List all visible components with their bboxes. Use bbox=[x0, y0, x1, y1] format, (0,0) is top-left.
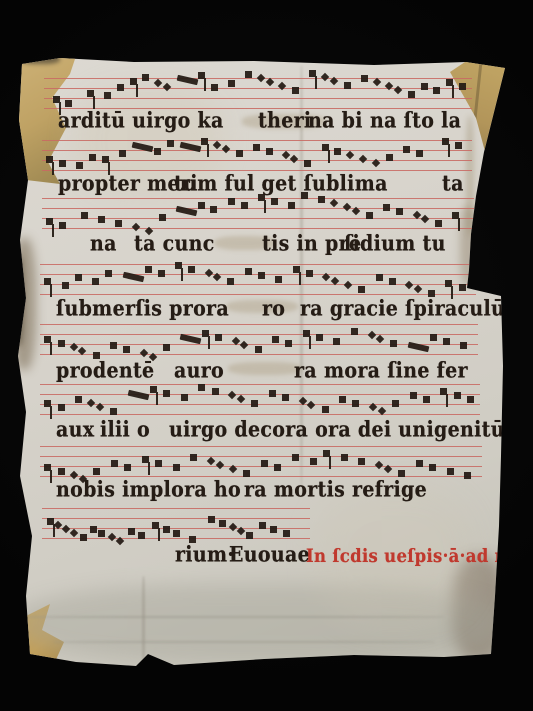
chant-text-segment: mora ſine fer bbox=[324, 360, 468, 382]
neume bbox=[366, 212, 373, 219]
neume bbox=[430, 334, 437, 341]
neume bbox=[163, 526, 170, 533]
neume bbox=[258, 272, 265, 279]
neume bbox=[90, 526, 97, 533]
neume bbox=[258, 194, 265, 201]
chant-text-segment: ra mortis refrige bbox=[244, 479, 427, 501]
neume bbox=[198, 72, 205, 79]
neume bbox=[261, 460, 268, 467]
neume bbox=[228, 80, 235, 87]
neume bbox=[155, 460, 162, 467]
neume bbox=[274, 464, 281, 471]
neume bbox=[334, 148, 341, 155]
neume bbox=[322, 406, 329, 413]
neume bbox=[110, 342, 117, 349]
stain bbox=[452, 556, 506, 661]
neume bbox=[111, 460, 118, 467]
stain bbox=[14, 548, 26, 574]
stain bbox=[18, 584, 502, 662]
neume bbox=[403, 146, 410, 153]
neume bbox=[351, 328, 358, 335]
neume bbox=[310, 458, 317, 465]
chant-text-segment: prodentē bbox=[56, 360, 154, 382]
neume bbox=[190, 454, 197, 461]
neume bbox=[389, 278, 396, 285]
neume bbox=[159, 214, 166, 221]
neume bbox=[309, 70, 316, 77]
neume bbox=[198, 384, 205, 391]
neume bbox=[443, 338, 450, 345]
neume bbox=[152, 522, 159, 529]
neume bbox=[358, 458, 365, 465]
neume bbox=[75, 274, 82, 281]
neume bbox=[87, 90, 94, 97]
neume bbox=[246, 532, 253, 539]
neume bbox=[104, 92, 111, 99]
neume bbox=[464, 472, 471, 479]
neume bbox=[322, 144, 329, 151]
chant-text-segment: tum ful get ſublima bbox=[174, 173, 388, 195]
neume bbox=[198, 202, 205, 209]
neume bbox=[452, 212, 459, 219]
neume bbox=[301, 192, 308, 199]
neume bbox=[445, 280, 452, 287]
neume bbox=[163, 390, 170, 397]
chant-text-segment: ta cunc bbox=[134, 233, 215, 255]
neume bbox=[270, 526, 277, 533]
neume bbox=[142, 456, 149, 463]
neume bbox=[188, 266, 195, 273]
repair-patch-bottom-left bbox=[14, 598, 78, 670]
neume bbox=[227, 278, 234, 285]
neume bbox=[459, 284, 466, 291]
neume bbox=[210, 206, 217, 213]
neume bbox=[318, 196, 325, 203]
neume bbox=[386, 154, 393, 161]
neume bbox=[275, 276, 282, 283]
neume bbox=[98, 530, 105, 537]
manuscript-leaf: arditū uirgo katherina bina ſto lapropte… bbox=[14, 56, 508, 670]
stain bbox=[228, 362, 302, 375]
chant-text-segment: nobis implora ho bbox=[56, 479, 241, 501]
neume bbox=[288, 202, 295, 209]
neume bbox=[392, 400, 399, 407]
neume bbox=[459, 83, 466, 90]
neume bbox=[416, 460, 423, 467]
neume bbox=[167, 140, 174, 147]
neume bbox=[62, 282, 69, 289]
neume bbox=[228, 198, 235, 205]
neume bbox=[123, 346, 130, 353]
neume bbox=[110, 408, 117, 415]
neume bbox=[266, 148, 273, 155]
neume bbox=[282, 394, 289, 401]
neume bbox=[145, 266, 152, 273]
neume bbox=[119, 150, 126, 157]
neume bbox=[44, 400, 51, 407]
neume bbox=[423, 396, 430, 403]
chant-text-segment: arditū uirgo ka bbox=[58, 110, 224, 132]
neume bbox=[128, 528, 135, 535]
neume bbox=[158, 270, 165, 277]
neume bbox=[44, 464, 51, 471]
neume bbox=[142, 74, 149, 81]
neume bbox=[460, 342, 467, 349]
neume bbox=[316, 334, 323, 341]
music-stave-4 bbox=[40, 264, 476, 297]
neume bbox=[271, 198, 278, 205]
photograph-background: arditū uirgo katherina bina ſto lapropte… bbox=[0, 0, 533, 711]
neume bbox=[376, 274, 383, 281]
neume bbox=[201, 138, 208, 145]
neume bbox=[154, 148, 161, 155]
neume bbox=[81, 212, 88, 219]
neume bbox=[435, 220, 442, 227]
neume bbox=[65, 100, 72, 107]
neume bbox=[383, 204, 390, 211]
neume bbox=[115, 220, 122, 227]
neume bbox=[98, 216, 105, 223]
neume bbox=[93, 468, 100, 475]
neume bbox=[53, 96, 60, 103]
neume bbox=[173, 464, 180, 471]
chant-text-segment: Euouae bbox=[229, 544, 310, 566]
neume bbox=[306, 270, 313, 277]
neume bbox=[236, 150, 243, 157]
neume bbox=[410, 392, 417, 399]
neume bbox=[446, 79, 453, 86]
chant-text-segment: ra bbox=[294, 360, 317, 382]
neume bbox=[117, 84, 124, 91]
neume bbox=[80, 534, 87, 541]
stain bbox=[142, 576, 145, 664]
chant-text-segment: ro bbox=[262, 298, 285, 320]
neume bbox=[272, 336, 279, 343]
neume bbox=[323, 450, 330, 457]
music-stave-6 bbox=[40, 384, 480, 417]
neume bbox=[293, 266, 300, 273]
neume bbox=[124, 464, 131, 471]
neume bbox=[46, 156, 53, 163]
chant-text-segment: ſidium tu bbox=[344, 233, 446, 255]
chant-text-segment: ilii o bbox=[100, 419, 150, 441]
neume bbox=[253, 144, 260, 151]
neume bbox=[208, 516, 215, 523]
chant-text-segment: na ſto la bbox=[370, 110, 461, 132]
neume bbox=[440, 388, 447, 395]
neume bbox=[352, 400, 359, 407]
neume bbox=[173, 530, 180, 537]
neume bbox=[245, 268, 252, 275]
neume bbox=[455, 142, 462, 149]
neume bbox=[59, 222, 66, 229]
chant-text-segment: theri bbox=[258, 110, 311, 132]
neume bbox=[138, 532, 145, 539]
neume bbox=[241, 202, 248, 209]
neume bbox=[467, 396, 474, 403]
chant-text-segment: rium· bbox=[175, 544, 234, 566]
neume bbox=[303, 330, 310, 337]
neume bbox=[269, 390, 276, 397]
neume bbox=[442, 138, 449, 145]
neume bbox=[283, 530, 290, 537]
neume bbox=[130, 78, 137, 85]
neume bbox=[344, 82, 351, 89]
chant-text-segment: na bbox=[90, 233, 117, 255]
neume bbox=[212, 388, 219, 395]
music-stave-3 bbox=[42, 198, 474, 231]
neume bbox=[454, 392, 461, 399]
neume bbox=[429, 464, 436, 471]
chant-text-segment: auro bbox=[174, 360, 224, 382]
neume bbox=[251, 400, 258, 407]
neume bbox=[259, 522, 266, 529]
neume bbox=[58, 468, 65, 475]
neume bbox=[341, 454, 348, 461]
neume bbox=[92, 278, 99, 285]
neume bbox=[46, 218, 53, 225]
neume bbox=[102, 156, 109, 163]
chant-text-segment: ra gracie ſpiraculū bbox=[300, 298, 505, 320]
neume bbox=[44, 336, 51, 343]
neume bbox=[447, 468, 454, 475]
neume bbox=[150, 386, 157, 393]
neume bbox=[163, 344, 170, 351]
neume bbox=[211, 84, 218, 91]
chant-text-segment: uirgo decora ora dei unigenitū et bbox=[169, 419, 533, 441]
neume bbox=[219, 520, 226, 527]
neume bbox=[304, 160, 311, 167]
stain bbox=[14, 256, 24, 346]
neume bbox=[105, 270, 112, 277]
neume bbox=[255, 346, 262, 353]
neume bbox=[361, 75, 368, 82]
neume bbox=[181, 394, 188, 401]
stain bbox=[54, 641, 434, 643]
neume bbox=[421, 83, 428, 90]
neume bbox=[433, 87, 440, 94]
neume bbox=[292, 454, 299, 461]
neume bbox=[390, 340, 397, 347]
rubric-text: In ſcdis ueſpis·ā·ad magt bbox=[306, 547, 533, 566]
neume bbox=[339, 396, 346, 403]
chant-text-segment: ſubmerſis prora bbox=[56, 298, 229, 320]
neume bbox=[358, 286, 365, 293]
chant-text-segment: na bi bbox=[308, 110, 363, 132]
neume bbox=[333, 338, 340, 345]
neume bbox=[59, 160, 66, 167]
neume bbox=[245, 71, 252, 78]
neume bbox=[215, 334, 222, 341]
neume bbox=[396, 208, 403, 215]
neume bbox=[89, 154, 96, 161]
neume bbox=[175, 262, 182, 269]
neume bbox=[202, 330, 209, 337]
neume bbox=[75, 396, 82, 403]
chant-text-segment: ta bbox=[442, 173, 464, 195]
neume bbox=[285, 340, 292, 347]
neume bbox=[416, 150, 423, 157]
stain bbox=[12, 238, 36, 370]
neume bbox=[58, 340, 65, 347]
neume bbox=[408, 91, 415, 98]
neume bbox=[292, 87, 299, 94]
stain bbox=[24, 616, 444, 618]
chant-text-segment: aux bbox=[56, 419, 94, 441]
neume bbox=[44, 278, 51, 285]
neume bbox=[76, 162, 83, 169]
neume bbox=[58, 404, 65, 411]
